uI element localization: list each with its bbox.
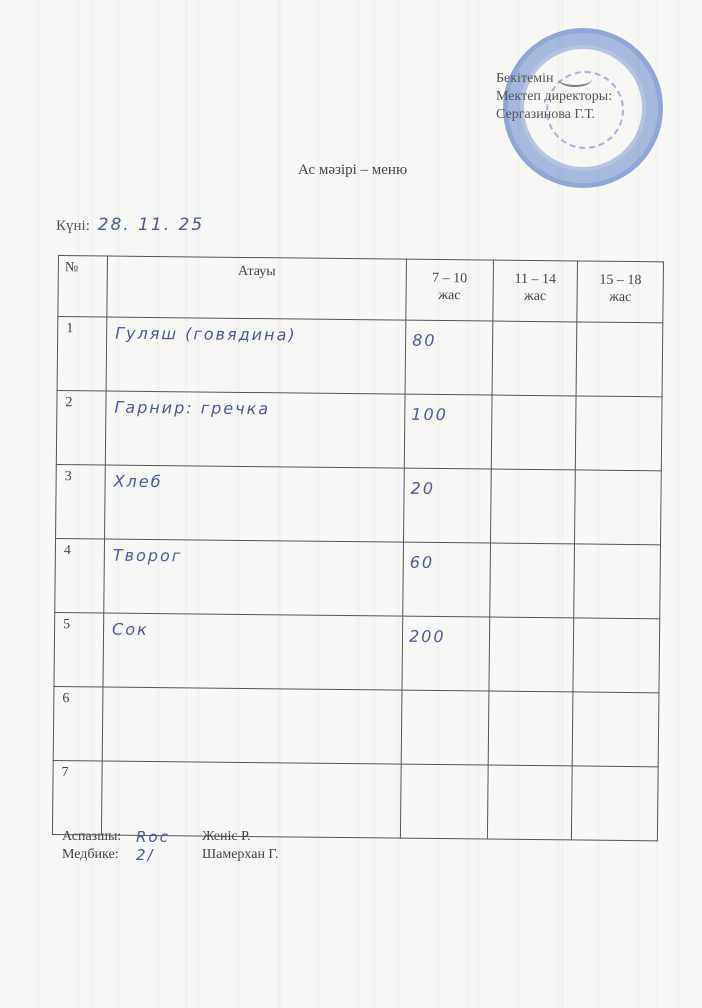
approval-block: Бекітемін Мектеп директоры: Сергазинова … [496, 70, 612, 124]
table-row: 6 [53, 686, 659, 766]
qty-7-10 [400, 764, 488, 839]
age-unit: жас [407, 287, 493, 305]
table-row: 4 Творог 60 [55, 538, 661, 618]
date-value: 28. 11. 25 [98, 215, 205, 235]
approval-line-1: Бекітемін [496, 71, 554, 86]
qty-15-18 [576, 396, 662, 471]
table-row: 3 Хлеб 20 [56, 464, 662, 544]
qty-15-18 [576, 322, 662, 397]
menu-table: № Атауы 7 – 10жас 11 – 14жас 15 – 18жас … [52, 255, 664, 841]
qty-15-18 [572, 766, 658, 841]
header-age-15-18: 15 – 18жас [577, 261, 663, 323]
qty-7-10: 100 [404, 394, 492, 469]
header-age-7-10: 7 – 10жас [406, 259, 493, 321]
row-num: 1 [57, 317, 107, 392]
qty-15-18 [575, 470, 661, 545]
qty-7-10: 20 [404, 468, 492, 543]
date-line: Күні: 28. 11. 25 [56, 215, 204, 235]
qty-7-10: 60 [403, 542, 491, 617]
qty-11-14 [492, 321, 577, 396]
qty-11-14 [489, 617, 574, 692]
age-range: 15 – 18 [578, 271, 663, 289]
age-unit: жас [578, 288, 663, 306]
approval-line-2: Мектеп директоры: [496, 88, 612, 106]
dish-name [101, 761, 401, 838]
dish-name: Хлеб [105, 465, 405, 542]
dish-name [102, 687, 402, 764]
cook-signature: Rос [136, 828, 196, 846]
age-range: 7 – 10 [407, 270, 493, 288]
row-num: 5 [54, 612, 104, 687]
qty-11-14 [489, 543, 574, 618]
qty-11-14 [491, 395, 576, 470]
qty-7-10: 200 [402, 616, 490, 691]
table-row: 5 Сок 200 [54, 612, 660, 692]
cook-name: Женіс Р. [202, 828, 251, 846]
qty-7-10: 80 [405, 320, 493, 395]
dish-name: Творог [104, 539, 404, 616]
cook-signature-row: Аспазшы: Rос Женіс Р. [62, 828, 278, 846]
table-row: 2 Гарнир: гречка 100 [56, 390, 662, 470]
dish-name: Сок [103, 613, 403, 690]
header-num: № [58, 256, 108, 318]
qty-11-14 [487, 765, 572, 840]
qty-11-14 [488, 691, 573, 766]
row-num: 7 [52, 760, 102, 835]
age-range: 11 – 14 [493, 271, 577, 289]
row-num: 3 [56, 464, 106, 539]
qty-11-14 [490, 469, 575, 544]
row-num: 6 [53, 686, 103, 761]
row-num: 2 [56, 390, 106, 465]
header-name: Атауы [107, 256, 407, 320]
row-num: 4 [55, 538, 105, 613]
age-unit: жас [493, 288, 577, 306]
signatures-block: Аспазшы: Rос Женіс Р. Медбике: 2/ Шамерх… [62, 828, 278, 864]
dish-name: Гуляш (говядина) [106, 317, 406, 394]
qty-15-18 [574, 544, 660, 619]
qty-15-18 [573, 692, 659, 767]
nurse-name: Шамерхан Г. [202, 846, 278, 864]
director-signature [558, 71, 592, 87]
qty-15-18 [573, 618, 659, 693]
date-label: Күні: [56, 218, 90, 234]
header-age-11-14: 11 – 14жас [493, 260, 578, 322]
page-title: Ас мәзірі – меню [298, 162, 407, 179]
nurse-signature-row: Медбике: 2/ Шамерхан Г. [62, 846, 278, 864]
nurse-label: Медбике: [62, 846, 136, 864]
qty-7-10 [401, 690, 489, 765]
cook-label: Аспазшы: [62, 828, 136, 846]
approval-line-3: Сергазинова Г.Т. [496, 106, 612, 124]
dish-name: Гарнир: гречка [105, 391, 405, 468]
table-row: 1 Гуляш (говядина) 80 [57, 317, 663, 397]
table-header-row: № Атауы 7 – 10жас 11 – 14жас 15 – 18жас [58, 256, 664, 323]
nurse-signature: 2/ [136, 846, 196, 864]
